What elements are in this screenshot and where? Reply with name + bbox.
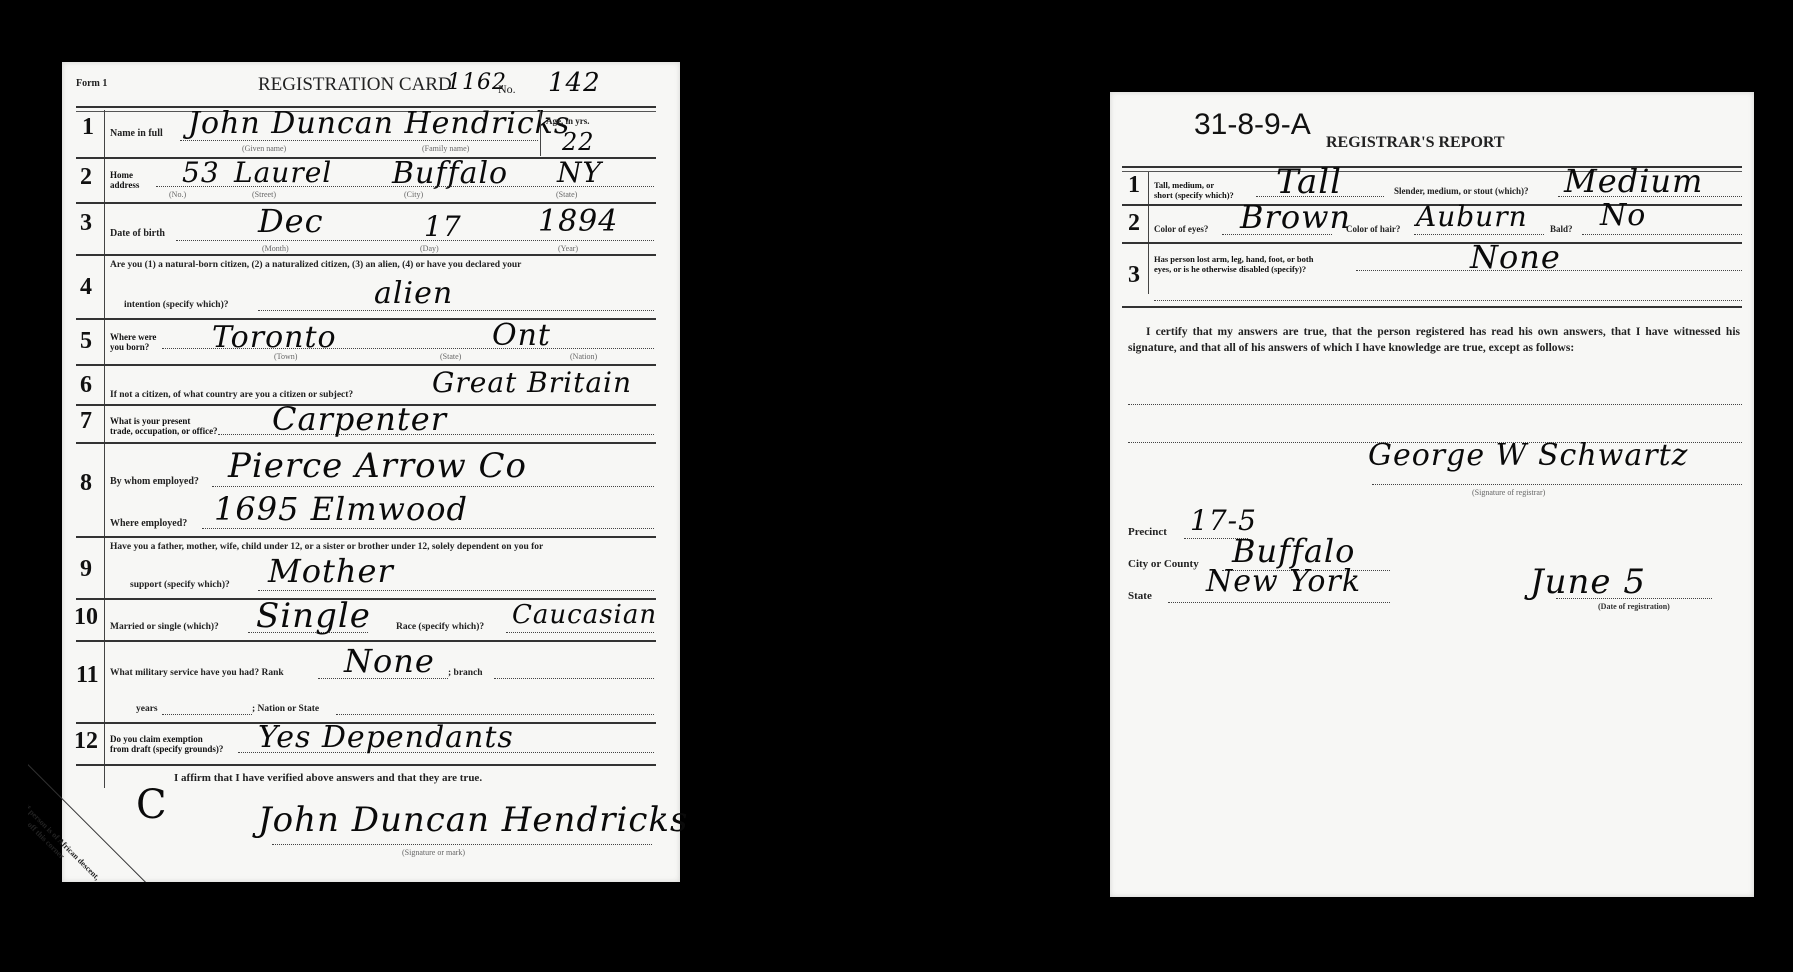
address-state: NY (557, 156, 602, 189)
citizenship-label: intention (specify which)? (124, 300, 229, 310)
address-label: Homeaddress (110, 170, 139, 190)
caption: (Nation) (570, 352, 597, 361)
caption: (Family name) (422, 144, 469, 153)
row-number: 9 (80, 556, 92, 583)
report-title: REGISTRAR'S REPORT (1326, 134, 1505, 152)
divider (76, 254, 656, 256)
eye-color-value: Brown (1240, 198, 1351, 236)
divider (76, 318, 656, 320)
row-number: 5 (80, 328, 92, 355)
city-label: City or County (1128, 558, 1199, 570)
no-label: No. (498, 82, 516, 97)
registrars-report-card: 31-8-9-A REGISTRAR'S REPORT 1 Tall, medi… (1110, 92, 1754, 897)
caption: (Year) (558, 244, 578, 253)
caption: (No.) (169, 190, 186, 199)
column-divider (104, 110, 105, 788)
row-number: 4 (80, 274, 92, 301)
name-label: Name in full (110, 128, 163, 139)
birthplace-town: Toronto (212, 320, 337, 355)
row-number: 2 (80, 164, 92, 191)
form-label: Form 1 (76, 78, 107, 89)
exceptions-line (1128, 404, 1742, 405)
nationality-value: Great Britain (432, 366, 632, 399)
disability-label: Has person lost arm, leg, hand, foot, or… (1154, 254, 1313, 274)
occupation-label: What is your presenttrade, occupation, o… (110, 416, 218, 436)
divider (76, 764, 656, 766)
height-value: Tall (1276, 162, 1342, 202)
citizenship-value: alien (374, 276, 453, 311)
dotted-line (176, 240, 654, 241)
row-number: 6 (80, 372, 92, 399)
caption: (Day) (420, 244, 439, 253)
marital-label: Married or single (which)? (110, 622, 219, 632)
precinct-label: Precinct (1128, 526, 1167, 538)
dotted-line (212, 486, 654, 487)
build-value: Medium (1564, 162, 1703, 200)
dotted-line (1154, 300, 1742, 301)
certification-text: I certify that my answers are true, that… (1128, 324, 1740, 356)
report-code: 31-8-9-A (1194, 108, 1311, 142)
military-rank-value: None (344, 642, 435, 680)
divider (76, 442, 656, 444)
card-number: 142 (548, 68, 601, 98)
dotted-line (494, 678, 654, 679)
workplace-label: Where employed? (110, 518, 187, 529)
hair-color-label: Color of hair? (1346, 224, 1400, 234)
caption: (Given name) (242, 144, 286, 153)
state-value: New York (1206, 564, 1361, 599)
dotted-line (1168, 602, 1390, 603)
row-number: 1 (1128, 172, 1140, 199)
nationality-label: If not a citizen, of what country are yo… (110, 390, 353, 400)
birthplace-label: Where wereyou born? (110, 332, 156, 352)
birthplace-state: Ont (492, 318, 551, 353)
race-value: Caucasian (512, 600, 657, 630)
dependents-question: Have you a father, mother, wife, child u… (110, 542, 543, 552)
hair-color-value: Auburn (1416, 200, 1528, 233)
branch-label: ; branch (448, 668, 483, 678)
name-value: John Duncan Hendricks (188, 106, 570, 141)
card-title: REGISTRATION CARD (258, 74, 452, 96)
caption: (Month) (262, 244, 289, 253)
eye-color-label: Color of eyes? (1154, 224, 1208, 234)
dotted-line (162, 714, 252, 715)
row-number: 8 (80, 470, 92, 497)
workplace-value: 1695 Elmwood (214, 490, 468, 528)
dotted-line (506, 632, 654, 633)
column-divider (540, 110, 541, 156)
divider (76, 536, 656, 538)
affirmation-text: I affirm that I have verified above answ… (174, 772, 482, 784)
date-caption: (Date of registration) (1598, 602, 1670, 611)
dob-label: Date of birth (110, 228, 165, 239)
registrar-caption: (Signature of registrar) (1472, 488, 1545, 497)
age-value: 22 (562, 128, 595, 156)
age-label: Age, in yrs. (546, 116, 590, 126)
row-number: 1 (82, 114, 94, 141)
employer-value: Pierce Arrow Co (228, 446, 527, 486)
registrant-signature: John Duncan Hendricks (258, 800, 688, 840)
row-number: 12 (74, 728, 98, 755)
address-street: Laurel (234, 156, 332, 189)
divider (1122, 306, 1742, 308)
military-label: What military service have you had? Rank (110, 668, 284, 678)
dob-month: Dec (258, 202, 324, 240)
dotted-line (1582, 234, 1742, 235)
dob-year: 1894 (538, 204, 618, 239)
caption: (Town) (274, 352, 297, 361)
address-number: 53 (182, 156, 220, 189)
registration-date: June 5 (1530, 562, 1646, 602)
caption: (City) (404, 190, 423, 199)
date-line (1556, 598, 1712, 599)
marital-value: Single (256, 596, 371, 636)
dotted-line (1414, 234, 1544, 235)
caption: (State) (440, 352, 461, 361)
address-city: Buffalo (392, 156, 508, 191)
corner-note: If person is of African descent, tear of… (28, 802, 106, 882)
row-number: 3 (1128, 262, 1140, 289)
exemption-value: Yes Dependants (258, 720, 514, 755)
registration-card: Form 1 REGISTRATION CARD 1162 No. 142 1 … (62, 62, 680, 882)
dob-day: 17 (424, 210, 462, 243)
divider (1122, 242, 1742, 244)
signature-line (1372, 484, 1742, 485)
column-divider (1148, 172, 1149, 294)
exemption-label: Do you claim exemptionfrom draft (specif… (110, 734, 223, 754)
row-number: 2 (1128, 210, 1140, 237)
dependents-label: support (specify which)? (130, 580, 230, 590)
row-number: 7 (80, 408, 92, 435)
occupation-value: Carpenter (272, 400, 447, 438)
row-number: 10 (74, 604, 98, 631)
tear-off-corner: If person is of African descent, tear of… (28, 764, 146, 882)
build-label: Slender, medium, or stout (which)? (1394, 186, 1529, 196)
dotted-line (258, 310, 654, 311)
race-label: Race (specify which)? (396, 622, 484, 632)
state-label: State (1128, 590, 1152, 602)
dependents-value: Mother (268, 552, 394, 590)
employer-label: By whom employed? (110, 476, 199, 487)
signature-line (272, 844, 652, 845)
bald-value: No (1600, 198, 1646, 233)
citizenship-question: Are you (1) a natural-born citizen, (2) … (110, 260, 521, 270)
signature-caption: (Signature or mark) (402, 848, 465, 857)
caption: (State) (556, 190, 577, 199)
row-number: 3 (80, 210, 92, 237)
caption: (Street) (252, 190, 276, 199)
height-label: Tall, medium, orshort (specify which)? (1154, 180, 1234, 200)
registrar-signature: George W Schwartz (1368, 438, 1688, 473)
disability-value: None (1470, 238, 1561, 276)
dotted-line (336, 714, 654, 715)
row-number: 11 (76, 662, 99, 689)
bald-label: Bald? (1550, 224, 1573, 234)
dotted-line (202, 528, 654, 529)
nation-label: ; Nation or State (252, 704, 319, 714)
years-label: years (136, 704, 158, 714)
dotted-line (258, 590, 654, 591)
